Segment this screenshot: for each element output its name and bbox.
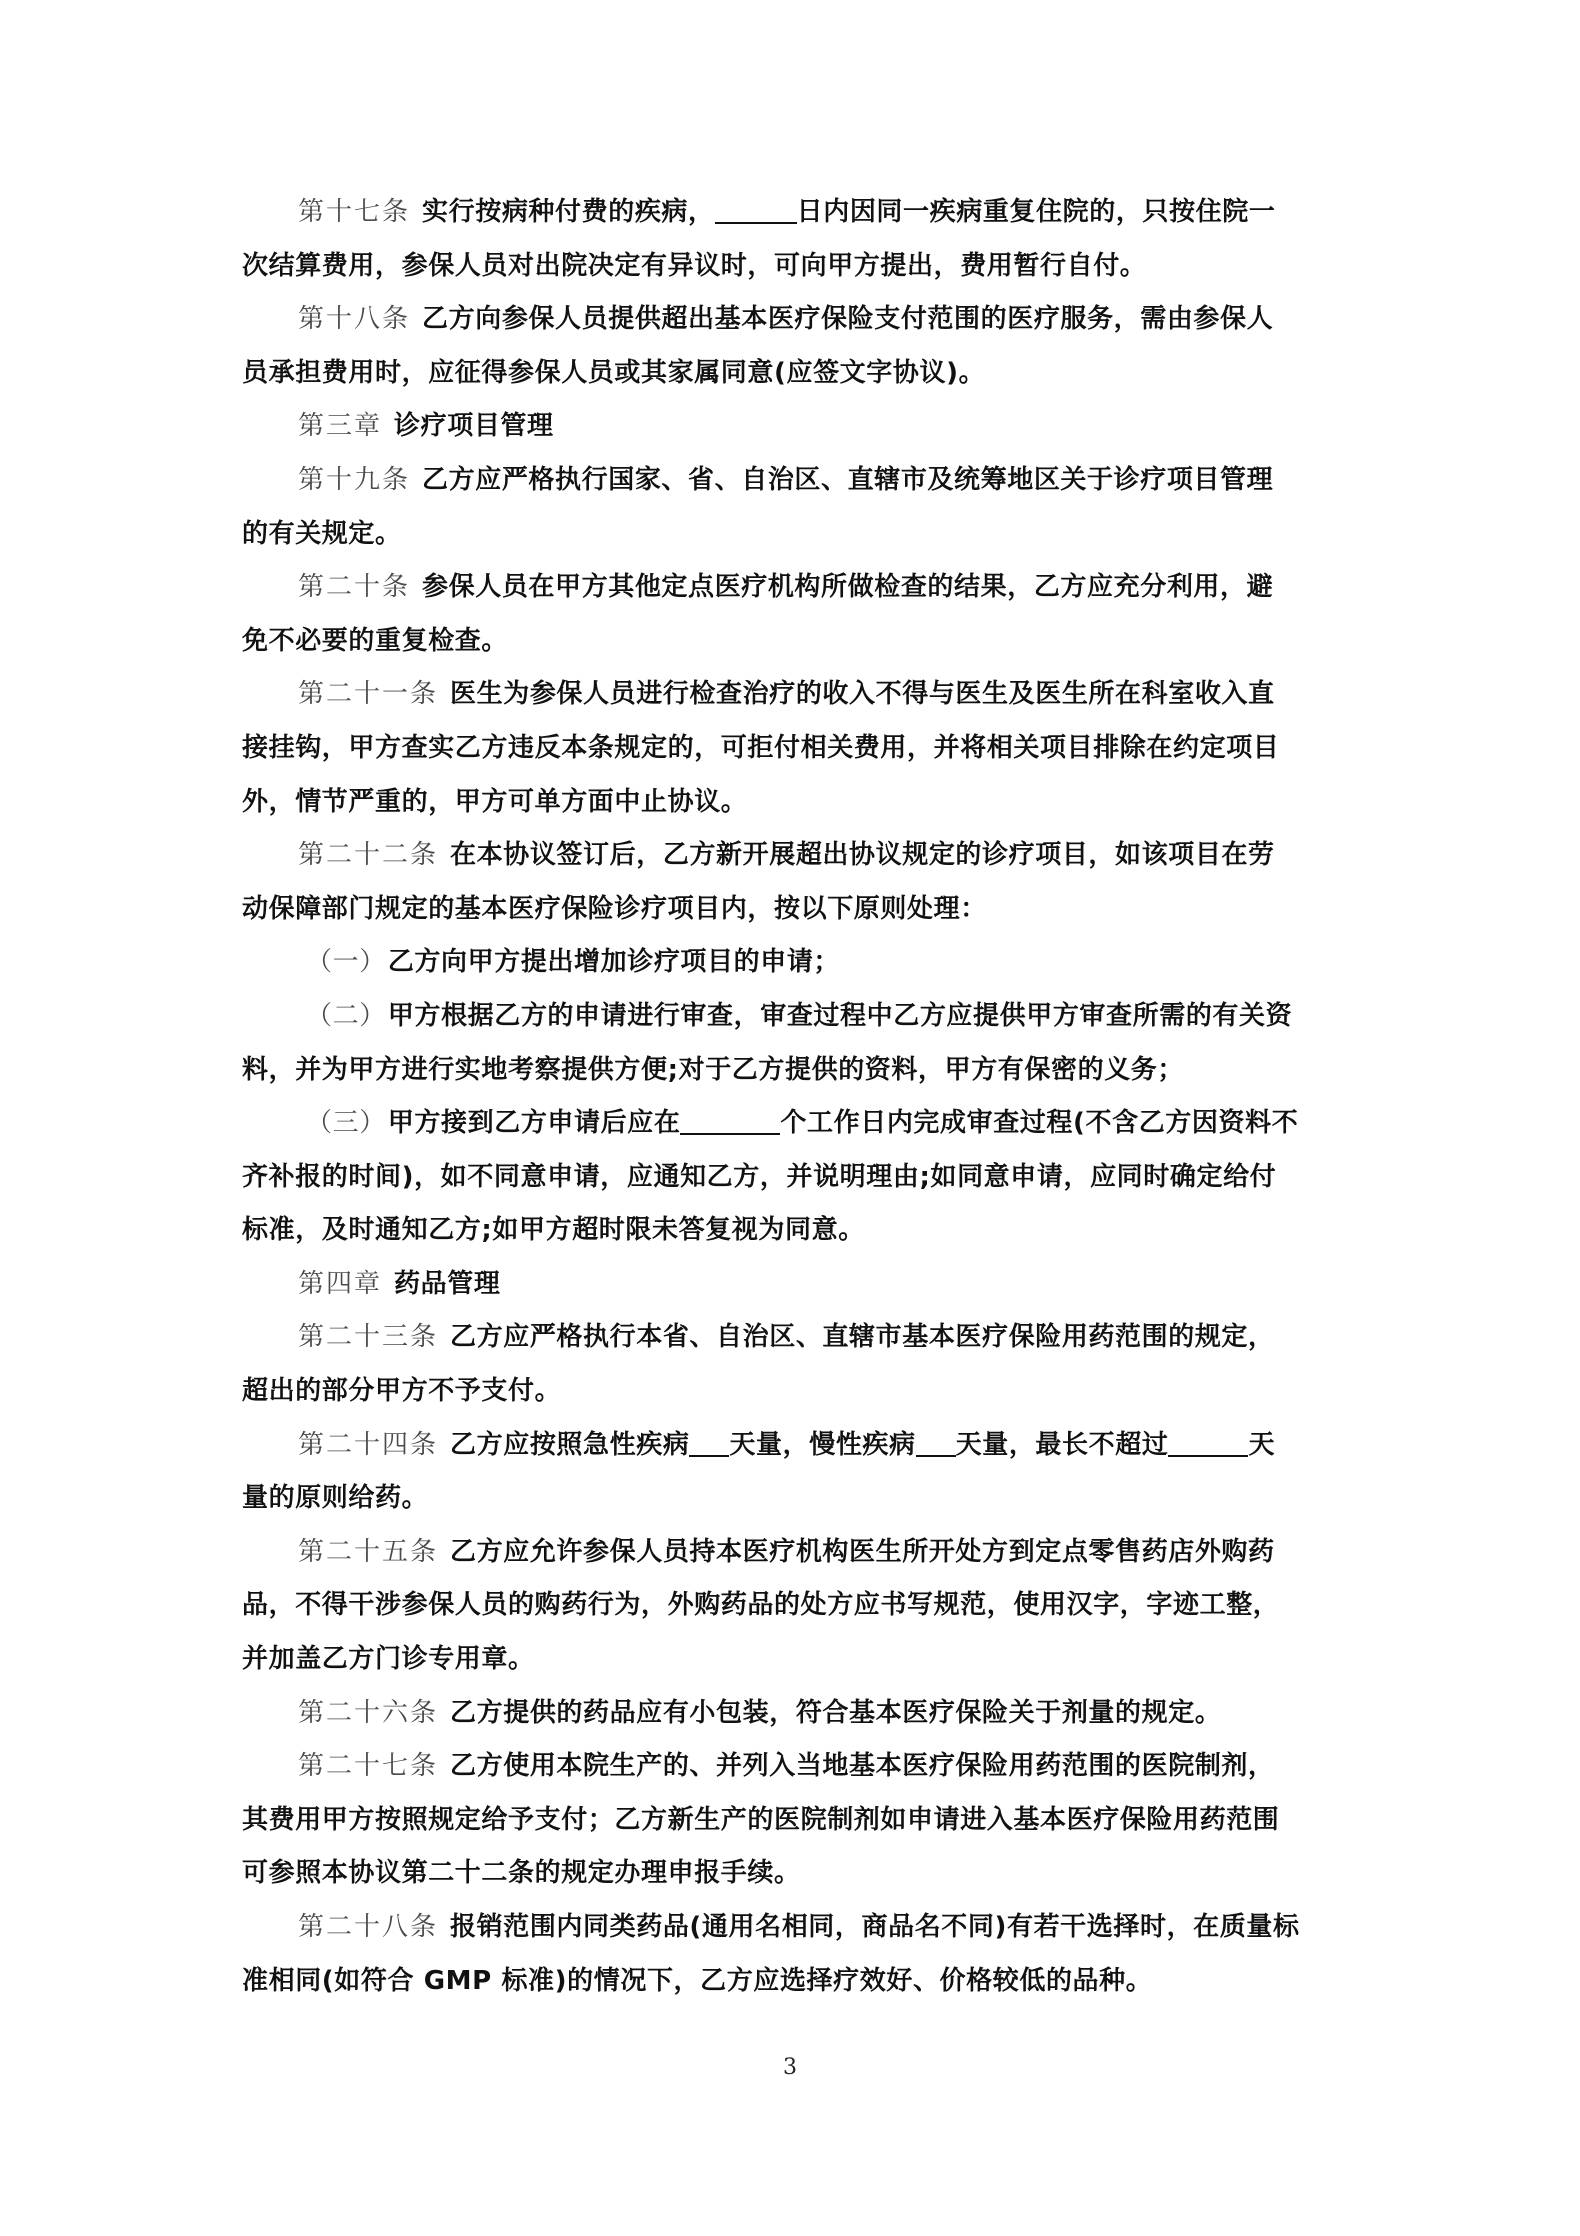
text-line: 品，不得干涉参保人员的购药行为，外购药品的处方应书写规范，使用汉字，字迹工整， [242, 1579, 1332, 1633]
body-text: 乙方向甲方提出增加诊疗项目的申请； [388, 947, 840, 977]
page-number: 3 [0, 2055, 1580, 2080]
fill-in-blank [916, 1425, 956, 1457]
list-item-line: （二）甲方根据乙方的申请进行审查，审查过程中乙方应提供甲方审查所需的有关资 [242, 990, 1332, 1044]
body-text: 药品管理 [394, 1269, 500, 1299]
article-label: 第二十二条 [298, 840, 438, 870]
list-item-label: （二） [306, 1001, 386, 1031]
article-label: 第二十六条 [298, 1698, 438, 1728]
body-text: 医生为参保人员进行检查治疗的收入不得与医生及医生所在科室收入直 [450, 679, 1275, 709]
body-text: 免不必要的重复检查。 [242, 626, 508, 656]
body-text: 诊疗项目管理 [394, 411, 554, 441]
text-line: 可参照本协议第二十二条的规定办理申报手续。 [242, 1847, 1332, 1901]
body-text: 天量，慢性疾病 [729, 1430, 915, 1460]
article-line: 第二十二条在本协议签订后，乙方新开展超出协议规定的诊疗项目，如该项目在劳 [242, 829, 1332, 883]
text-line: 员承担费用时，应征得参保人员或其家属同意(应签文字协议)。 [242, 347, 1332, 401]
fill-in-blank [715, 192, 797, 224]
body-text: 其费用甲方按照规定给予支付；乙方新生产的医院制剂如申请进入基本医疗保险用药范围 [242, 1805, 1279, 1835]
article-line: 第二十一条医生为参保人员进行检查治疗的收入不得与医生及医生所在科室收入直 [242, 668, 1332, 722]
text-line: 其费用甲方按照规定给予支付；乙方新生产的医院制剂如申请进入基本医疗保险用药范围 [242, 1794, 1332, 1848]
article-label: 第二十三条 [298, 1322, 438, 1352]
text-line: 齐补报的时间)，如不同意申请，应通知乙方，并说明理由;如同意申请，应同时确定给付 [242, 1151, 1332, 1205]
text-line: 并加盖乙方门诊专用章。 [242, 1633, 1332, 1687]
body-text: 的有关规定。 [242, 519, 402, 549]
body-text: 天量，最长不超过 [956, 1430, 1169, 1460]
body-text: 报销范围内同类药品(通用名相同，商品名不同)有若干选择时，在质量标 [450, 1912, 1300, 1942]
body-text: 乙方使用本院生产的、并列入当地基本医疗保险用药范围的医院制剂， [450, 1751, 1275, 1781]
body-text: 乙方应允许参保人员持本医疗机构医生所开处方到定点零售药店外购药 [450, 1537, 1275, 1567]
article-label: 第二十七条 [298, 1751, 438, 1781]
text-line: 外，情节严重的，甲方可单方面中止协议。 [242, 776, 1332, 830]
article-line: 第三章诊疗项目管理 [242, 400, 1332, 454]
body-text: 乙方应严格执行本省、自治区、直辖市基本医疗保险用药范围的规定， [450, 1322, 1275, 1352]
body-text: 个工作日内完成审查过程(不含乙方因资料不 [780, 1108, 1298, 1138]
chapter-label: 第三章 [298, 411, 382, 441]
fill-in-blank [680, 1103, 780, 1135]
article-line: 第二十七条乙方使用本院生产的、并列入当地基本医疗保险用药范围的医院制剂， [242, 1740, 1332, 1794]
text-line: 次结算费用，参保人员对出院决定有异议时，可向甲方提出，费用暂行自付。 [242, 240, 1332, 294]
article-line: 第四章药品管理 [242, 1258, 1332, 1312]
body-text: 甲方接到乙方申请后应在 [388, 1108, 681, 1138]
article-line: 第二十三条乙方应严格执行本省、自治区、直辖市基本医疗保险用药范围的规定， [242, 1311, 1332, 1365]
article-line: 第十九条乙方应严格执行国家、省、自治区、直辖市及统筹地区关于诊疗项目管理 [242, 454, 1332, 508]
article-line: 第二十条参保人员在甲方其他定点医疗机构所做检查的结果，乙方应充分利用，避 [242, 561, 1332, 615]
body-text: 可参照本协议第二十二条的规定办理申报手续。 [242, 1858, 801, 1888]
fill-in-blank [1168, 1425, 1248, 1457]
article-line: 第十八条乙方向参保人员提供超出基本医疗保险支付范围的医疗服务，需由参保人 [242, 293, 1332, 347]
list-item-line: （三）甲方接到乙方申请后应在个工作日内完成审查过程(不含乙方因资料不 [242, 1097, 1332, 1151]
list-item-label: （三） [306, 1108, 386, 1138]
body-text: 员承担费用时，应征得参保人员或其家属同意(应签文字协议)。 [242, 358, 985, 388]
body-text: 参保人员在甲方其他定点医疗机构所做检查的结果，乙方应充分利用，避 [422, 572, 1273, 602]
list-item-label: （一） [306, 947, 386, 977]
body-text: 标准，及时通知乙方;如甲方超时限未答复视为同意。 [242, 1215, 865, 1245]
text-line: 超出的部分甲方不予支付。 [242, 1365, 1332, 1419]
article-line: 第二十五条乙方应允许参保人员持本医疗机构医生所开处方到定点零售药店外购药 [242, 1526, 1332, 1580]
body-text: 超出的部分甲方不予支付。 [242, 1376, 561, 1406]
text-line: 的有关规定。 [242, 508, 1332, 562]
text-line: 动保障部门规定的基本医疗保险诊疗项目内，按以下原则处理： [242, 883, 1332, 937]
article-label: 第十七条 [298, 197, 410, 227]
article-label: 第二十一条 [298, 679, 438, 709]
list-item-line: （一）乙方向甲方提出增加诊疗项目的申请； [242, 936, 1332, 990]
article-line: 第十七条实行按病种付费的疾病，日内因同一疾病重复住院的，只按住院一 [242, 186, 1332, 240]
article-label: 第二十八条 [298, 1912, 438, 1942]
body-text: 在本协议签订后，乙方新开展超出协议规定的诊疗项目，如该项目在劳 [450, 840, 1275, 870]
article-label: 第十九条 [298, 465, 410, 495]
document-body: 第十七条实行按病种付费的疾病，日内因同一疾病重复住院的，只按住院一次结算费用，参… [242, 186, 1332, 2008]
text-line: 量的原则给药。 [242, 1472, 1332, 1526]
document-page: 第十七条实行按病种付费的疾病，日内因同一疾病重复住院的，只按住院一次结算费用，参… [0, 0, 1580, 2236]
body-text: 料，并为甲方进行实地考察提供方便;对于乙方提供的资料，甲方有保密的义务； [242, 1055, 1184, 1085]
text-line: 免不必要的重复检查。 [242, 615, 1332, 669]
text-line: 标准，及时通知乙方;如甲方超时限未答复视为同意。 [242, 1204, 1332, 1258]
article-label: 第二十五条 [298, 1537, 438, 1567]
body-text: 齐补报的时间)，如不同意申请，应通知乙方，并说明理由;如同意申请，应同时确定给付 [242, 1162, 1276, 1192]
article-line: 第二十八条报销范围内同类药品(通用名相同，商品名不同)有若干选择时，在质量标 [242, 1901, 1332, 1955]
text-line: 接挂钩，甲方查实乙方违反本条规定的，可拒付相关费用，并将相关项目排除在约定项目 [242, 722, 1332, 776]
article-line: 第二十六条乙方提供的药品应有小包装，符合基本医疗保险关于剂量的规定。 [242, 1687, 1332, 1741]
body-text: 外，情节严重的，甲方可单方面中止协议。 [242, 787, 747, 817]
body-text: 实行按病种付费的疾病， [422, 197, 715, 227]
body-text: 品，不得干涉参保人员的购药行为，外购药品的处方应书写规范，使用汉字，字迹工整， [242, 1590, 1279, 1620]
article-label: 第十八条 [298, 304, 410, 334]
body-text: 乙方应严格执行国家、省、自治区、直辖市及统筹地区关于诊疗项目管理 [422, 465, 1273, 495]
body-text: 动保障部门规定的基本医疗保险诊疗项目内，按以下原则处理： [242, 894, 987, 924]
fill-in-blank [689, 1425, 729, 1457]
body-text: 并加盖乙方门诊专用章。 [242, 1644, 535, 1674]
article-line: 第二十四条乙方应按照急性疾病天量，慢性疾病天量，最长不超过天 [242, 1419, 1332, 1473]
body-text: 次结算费用，参保人员对出院决定有异议时，可向甲方提出，费用暂行自付。 [242, 251, 1146, 281]
body-text: 日内因同一疾病重复住院的，只按住院一 [797, 197, 1276, 227]
body-text: 乙方应按照急性疾病 [450, 1430, 689, 1460]
body-text: 准相同(如符合 GMP 标准)的情况下，乙方应选择疗效好、价格较低的品种。 [242, 1966, 1152, 1996]
chapter-label: 第四章 [298, 1269, 382, 1299]
body-text: 甲方根据乙方的申请进行审查，审查过程中乙方应提供甲方审查所需的有关资 [388, 1001, 1292, 1031]
body-text: 乙方提供的药品应有小包装，符合基本医疗保险关于剂量的规定。 [450, 1698, 1221, 1728]
article-label: 第二十条 [298, 572, 410, 602]
body-text: 接挂钩，甲方查实乙方违反本条规定的，可拒付相关费用，并将相关项目排除在约定项目 [242, 733, 1279, 763]
body-text: 乙方向参保人员提供超出基本医疗保险支付范围的医疗服务，需由参保人 [422, 304, 1273, 334]
text-line: 准相同(如符合 GMP 标准)的情况下，乙方应选择疗效好、价格较低的品种。 [242, 1955, 1332, 2009]
body-text: 量的原则给药。 [242, 1483, 428, 1513]
body-text: 天 [1248, 1430, 1275, 1460]
text-line: 料，并为甲方进行实地考察提供方便;对于乙方提供的资料，甲方有保密的义务； [242, 1044, 1332, 1098]
article-label: 第二十四条 [298, 1430, 438, 1460]
